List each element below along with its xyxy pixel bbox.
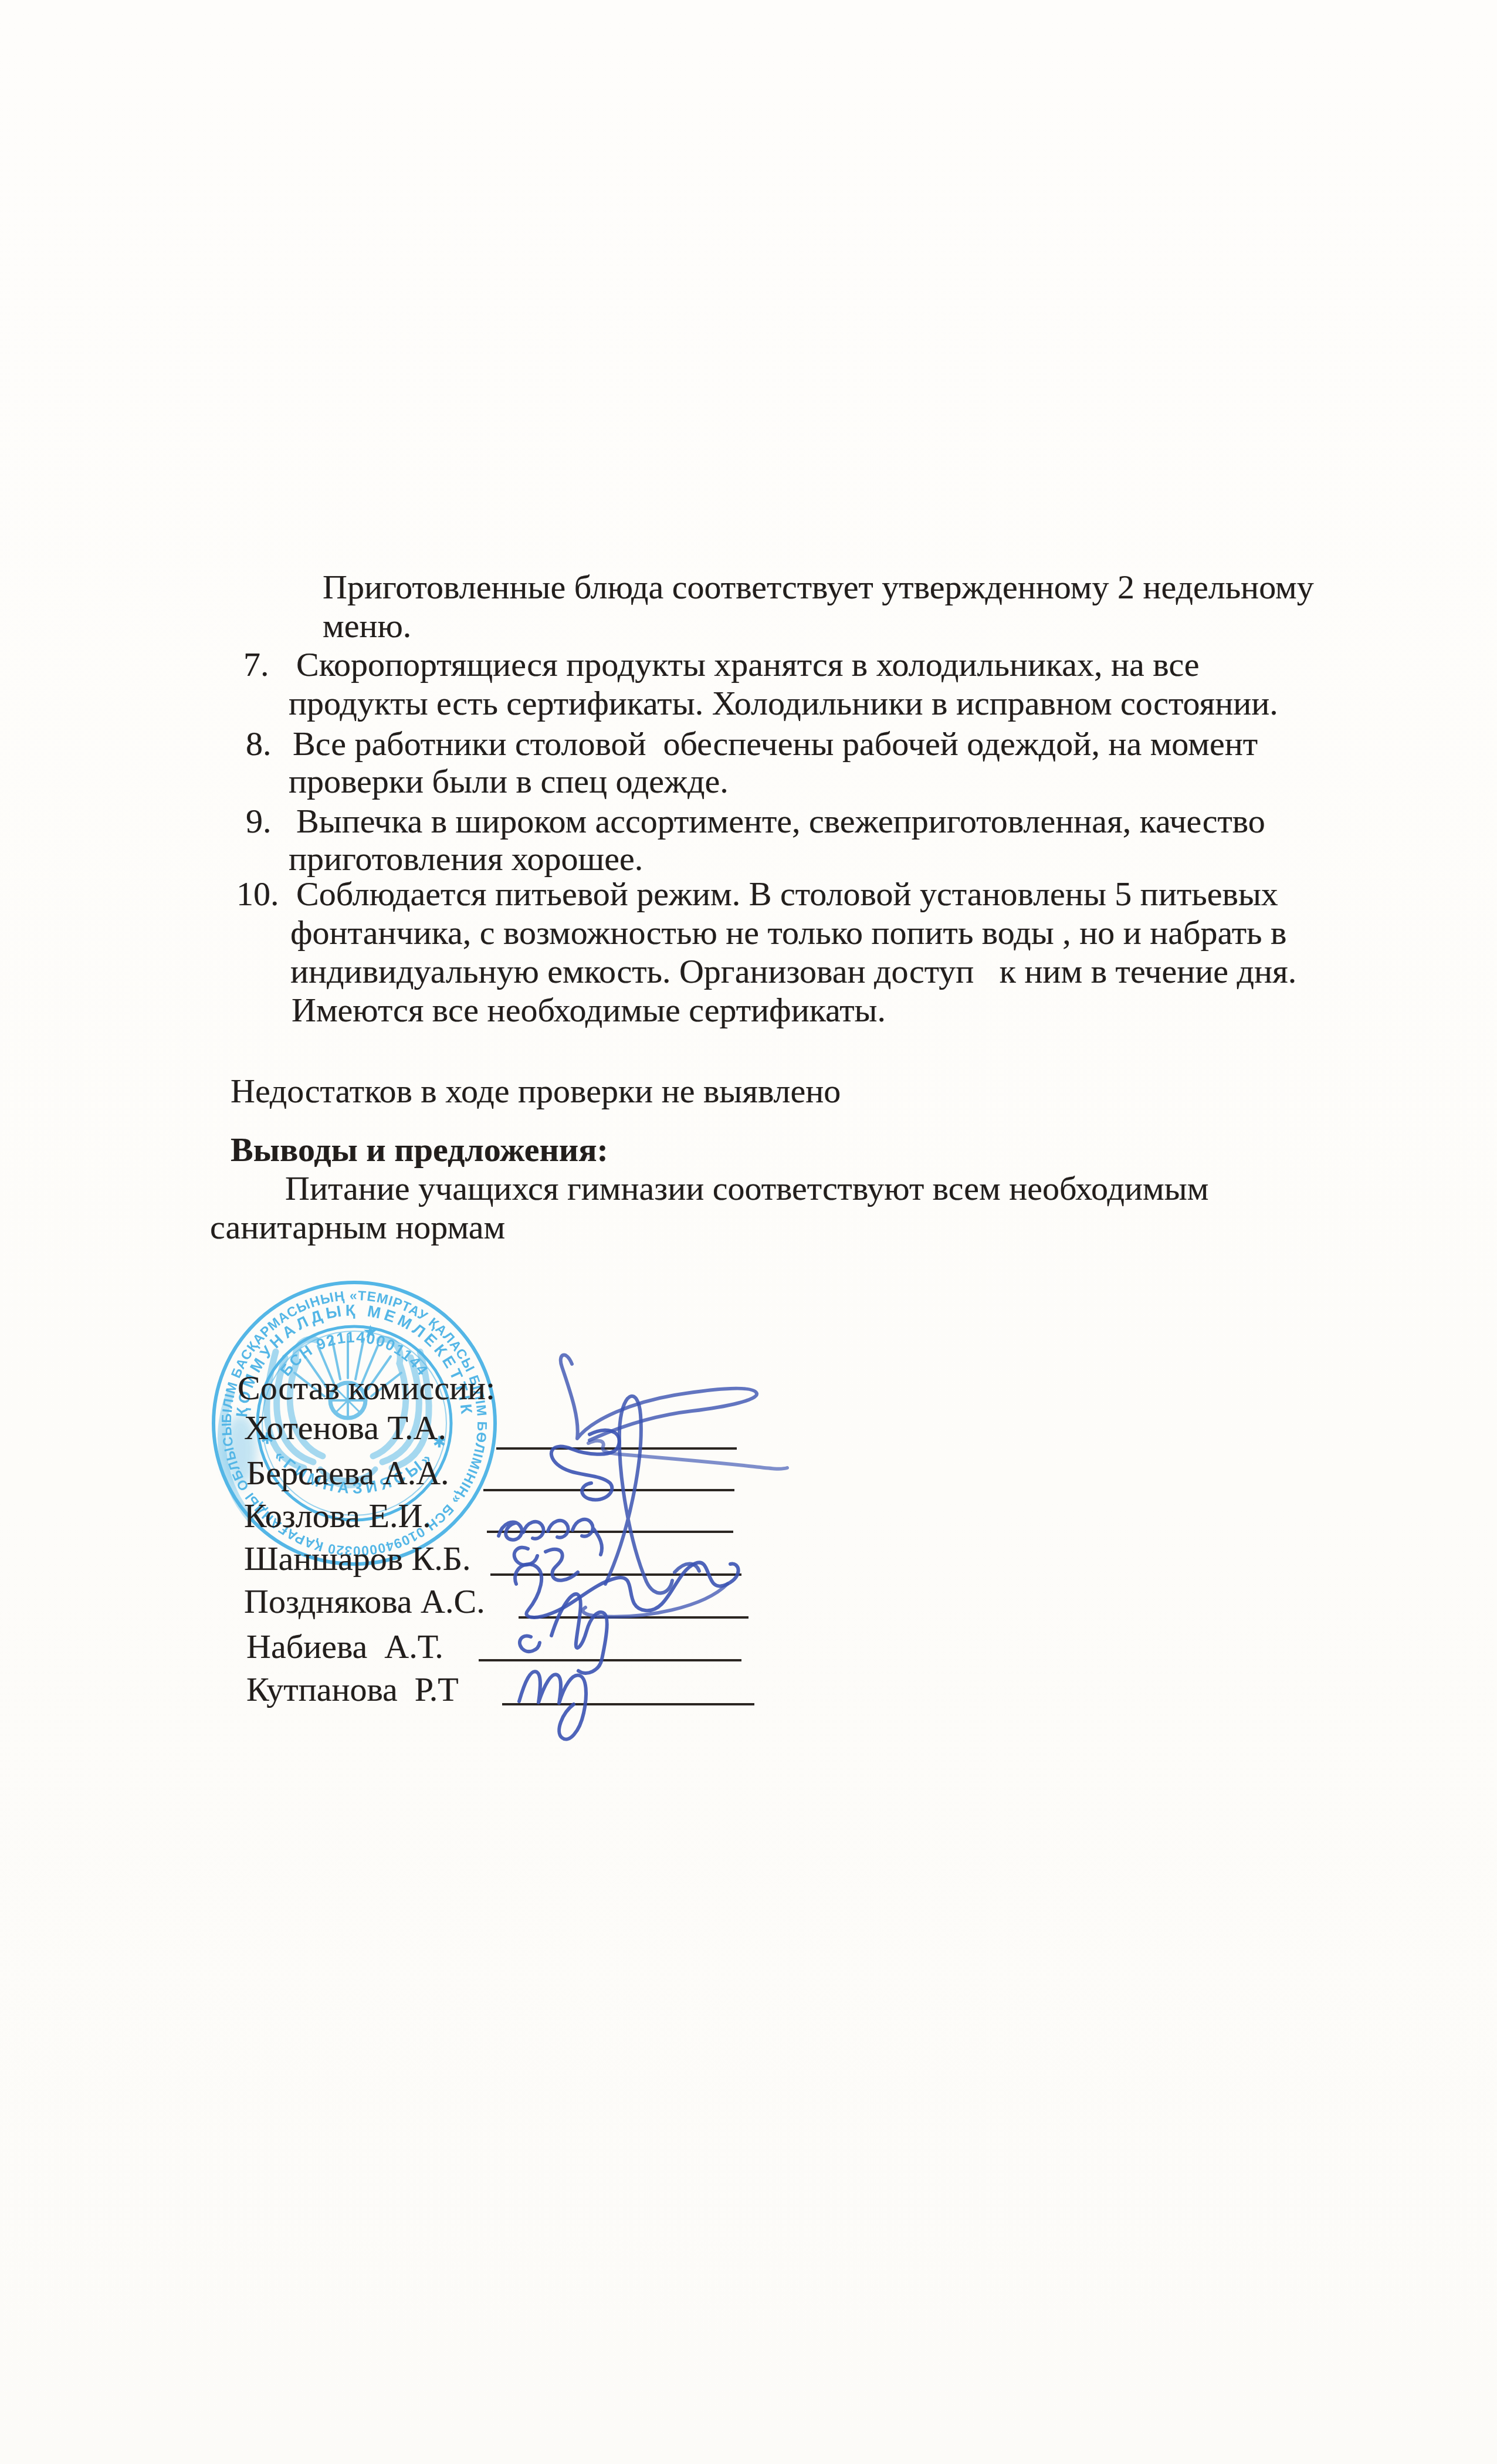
signature-ink [519,1671,586,1739]
signature-ink [515,1562,739,1617]
signatures-ink-layer [0,0,1497,2464]
signature-ink [561,1355,757,1440]
signature-ink [551,1430,619,1500]
signature-ink [605,1396,699,1593]
scan-page: БІЛІМ БАСҚАРМАСЫНЫҢ «ТЕМІРТАУ ҚАЛАСЫ БІЛ… [0,0,1497,2464]
